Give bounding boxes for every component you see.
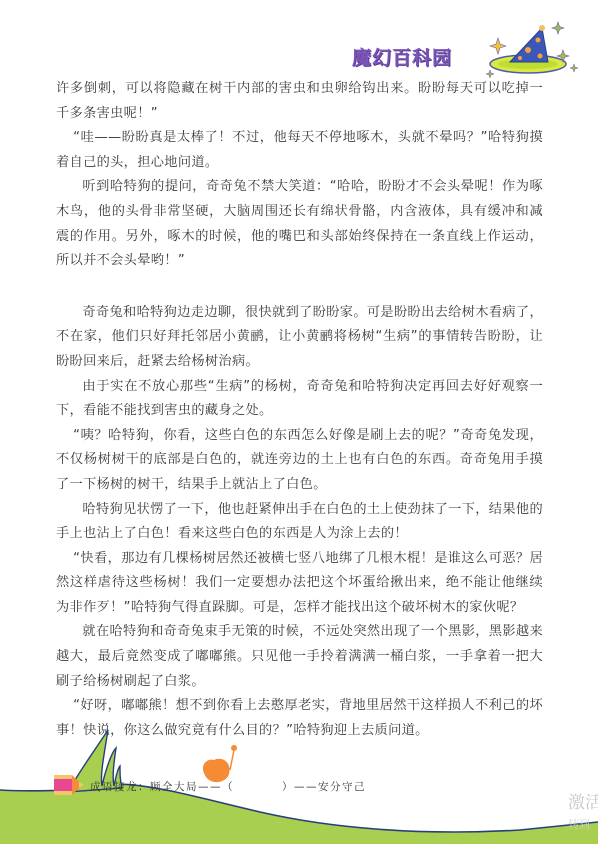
wizard-hat-icon <box>470 12 590 82</box>
activation-watermark: 激活 <box>568 788 598 813</box>
idiom-chain-footer: 成语接龙：顾全大局——（ ）——安分守己 <box>90 779 366 794</box>
page-number: 39 <box>483 772 513 802</box>
section-title: 魔幻百科园 <box>352 43 452 70</box>
activation-watermark-sub: 转到 <box>568 816 590 832</box>
paragraph: 就在哈特狗和奇奇兔束手无策的时候，不远处突然出现了一个黑影，黑影越来越大，最后竟… <box>56 620 543 694</box>
paragraph: 奇奇兔和哈特狗边走边聊，很快就到了盼盼家。可是盼盼出去给树木看病了，不在家，他们… <box>56 301 543 375</box>
paragraph: “快看，那边有几棵杨树居然还被横七竖八地绑了几根木棍！是谁这么可恶？居然这样虐待… <box>56 547 543 621</box>
paragraph: 由于实在不放心那些“生病”的杨树，奇奇兔和哈特狗决定再回去好好观察一下，看能不能… <box>56 375 543 424</box>
paragraph: 听到哈特狗的提问，奇奇兔不禁大笑道：“哈哈，盼盼才不会头晕呢！作为啄木鸟，他的头… <box>56 175 543 273</box>
article-body: 许多倒刺，可以将隐藏在树干内部的害虫和虫卵给钩出来。盼盼每天可以吃掉一千多条害虫… <box>56 77 543 743</box>
paragraph-gap <box>56 274 543 301</box>
paragraph: “咦？哈特狗，你看，这些白色的东西怎么好像是刷上去的呢？”奇奇兔发现，不仅杨树树… <box>56 424 543 498</box>
paragraph: 许多倒刺，可以将隐藏在树干内部的害虫和虫卵给钩出来。盼盼每天可以吃掉一千多条害虫… <box>56 77 543 126</box>
paragraph: 哈特狗见状愣了一下，他也赶紧伸出手在白色的土上使劲抹了一下，结果他的手上也沾上了… <box>56 498 543 547</box>
pencil-icon <box>54 775 82 795</box>
paragraph: “哇——盼盼真是太棒了！不过，他每天不停地啄木，头就不晕吗？”哈特狗摸着自己的头… <box>56 126 543 175</box>
